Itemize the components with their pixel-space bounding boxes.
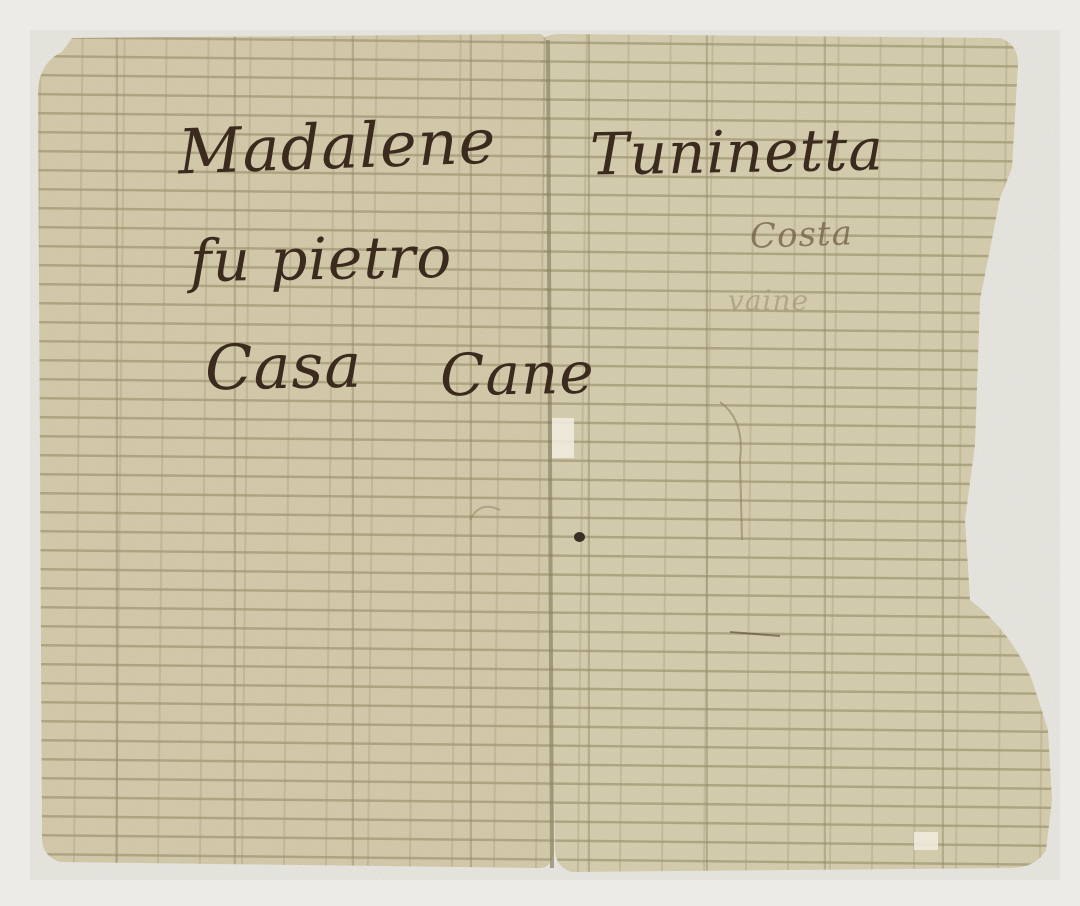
handwriting-line3-left: Casa: [204, 329, 362, 405]
handwriting-line2-right: Costa: [749, 213, 853, 257]
tear-patch-bottom: [914, 832, 938, 850]
document-photo: Madalene Tuninetta fu pietro Costa vaine…: [0, 0, 1080, 906]
handwriting-line1-right: Tuninetta: [589, 115, 884, 188]
handwriting-line3-mid: Cane: [439, 339, 595, 410]
handwriting-line1-left: Madalene: [177, 104, 498, 188]
ink-blot: [574, 532, 585, 542]
tear-patch: [552, 418, 574, 458]
handwriting-line2-right-faint: vaine: [728, 284, 809, 317]
paper-sheet: [0, 0, 1080, 906]
handwriting-line2-left: fu pietro: [189, 223, 452, 296]
